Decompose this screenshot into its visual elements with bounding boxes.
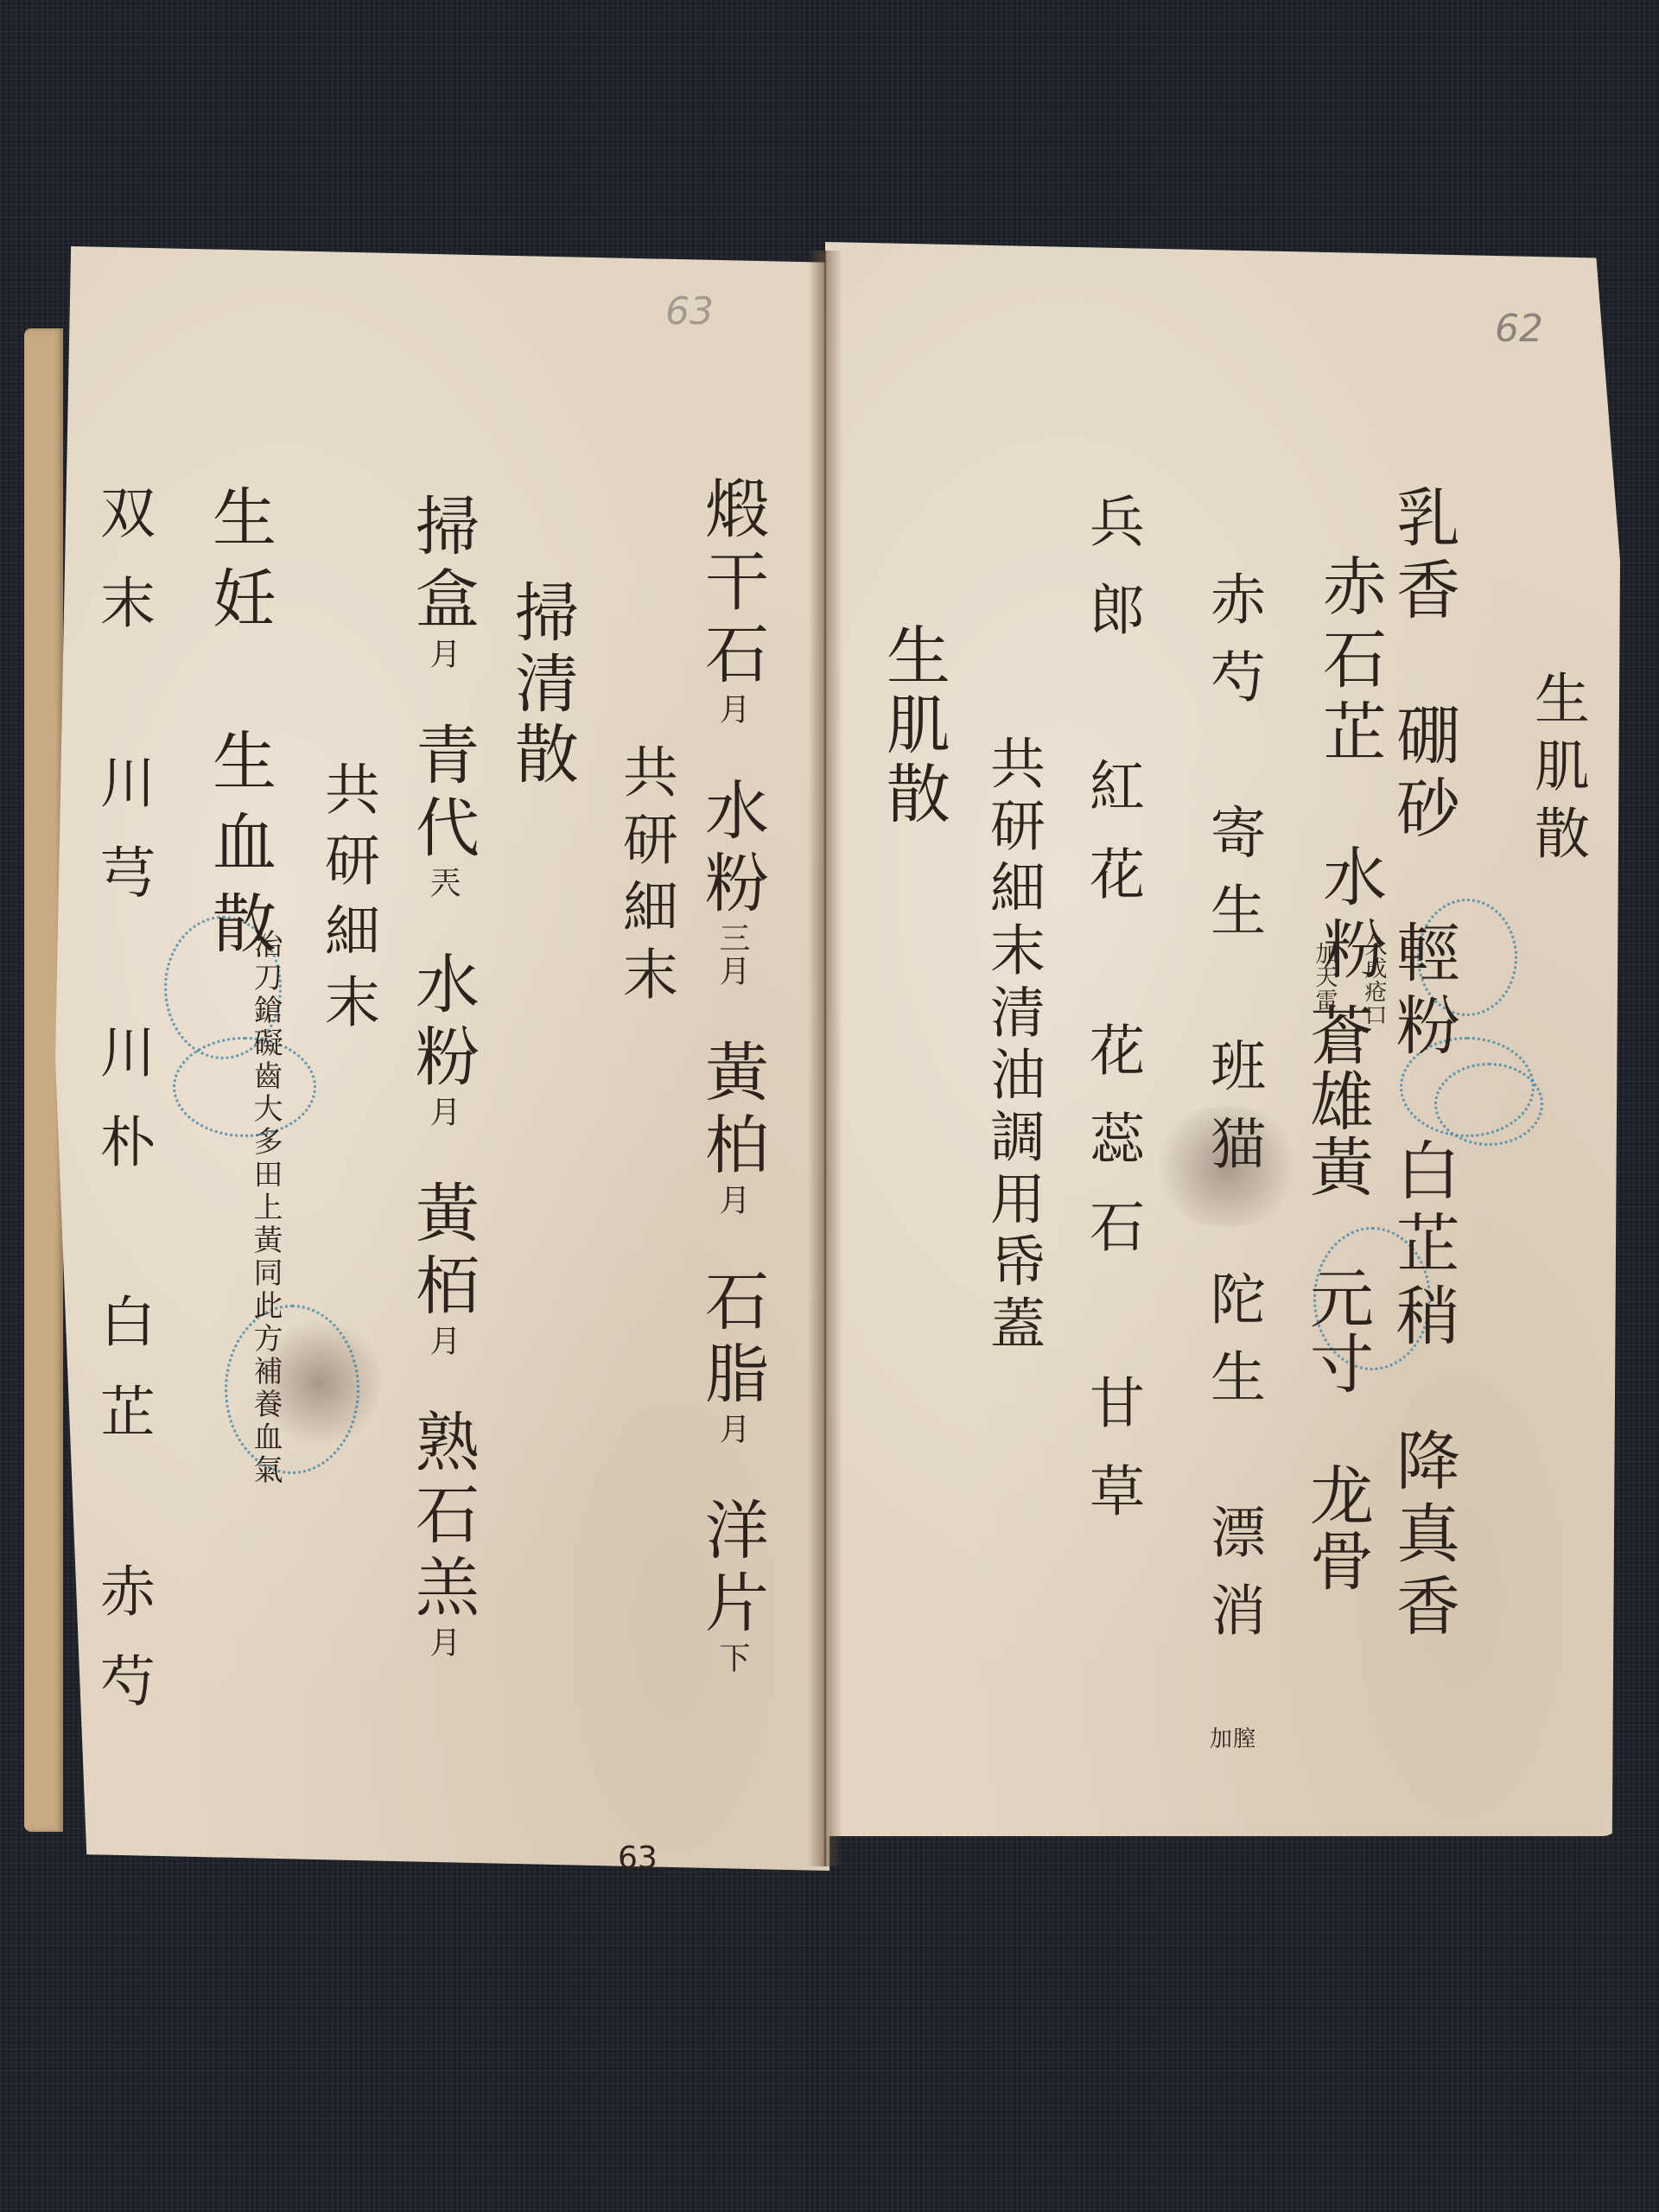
- ingredient: 青代: [405, 721, 480, 867]
- ingredient-column: 煅干石月 水粉三月 黃柏月 石脂月 洋片下: [700, 475, 764, 1675]
- ingredient-column: 双末 川芎 川朴 白芷 赤芍: [95, 484, 150, 1742]
- quantity-mark: 月: [425, 1096, 461, 1128]
- annotation-note: 加天雷: [1313, 942, 1336, 1012]
- quantity-mark: 月: [715, 1184, 750, 1217]
- ingredient-column: 兵郎 紅花 花蕊石 甘草: [1084, 493, 1140, 1550]
- quantity-mark: 下: [715, 1642, 750, 1675]
- ingredient: 掃盒: [405, 493, 480, 638]
- ingredient-column: 乳香 硼砂 輕粉 白芷稍 降真香: [1391, 484, 1455, 1645]
- ingredient: 水粉: [695, 777, 769, 922]
- ingredient: 石脂: [695, 1268, 769, 1413]
- ingredient-column: 赤石芷 水粉: [1318, 553, 1382, 988]
- formula-title-shengxue: 生妊 生血散: [207, 484, 271, 971]
- ink-page-number: 63: [618, 1840, 658, 1876]
- annotation-note: 治刀鎗礙齒大多田上黃同此方補養血氣: [251, 929, 280, 1487]
- pencil-page-number: 62: [1495, 307, 1543, 351]
- quantity-mark: 月: [715, 693, 750, 726]
- pencil-page-number: 63: [665, 289, 714, 334]
- quantity-mark: 月: [425, 1325, 461, 1357]
- formula-title-saoqing: 掃清散: [510, 579, 574, 791]
- quantity-mark: 三月: [715, 922, 750, 988]
- ingredient-column: 掃盒月 青代兲 水粉月 黃栢月 熟石羔月: [410, 493, 474, 1659]
- ingredient-column: 赤芍 寄生 班猫 陀生 漂消: [1205, 570, 1261, 1659]
- quantity-mark: 月: [425, 638, 461, 671]
- ingredient: 洋片: [695, 1497, 769, 1642]
- blue-stamp-loop: [225, 1305, 359, 1474]
- quantity-mark: 月: [715, 1413, 750, 1446]
- quantity-mark: 月: [425, 1626, 461, 1659]
- ingredient: 煅干石: [695, 475, 769, 693]
- ingredient: 黃栢: [405, 1179, 480, 1325]
- ingredient: 熟石羔: [405, 1408, 480, 1626]
- formula-title-shengji: 生肌散: [881, 622, 945, 829]
- formula-title-shengji: 生肌散: [1529, 670, 1585, 872]
- open-booklet: 62 生肌散 乳香 硼砂 輕粉 白芷稍 降真香 赤石芷 水粉 久成疮口 加天雷 …: [0, 0, 1659, 2212]
- annotation-note: 加膣: [1210, 1728, 1256, 1751]
- instruction-column: 共研細末: [618, 743, 673, 1013]
- quantity-mark: 兲: [425, 867, 461, 899]
- ingredient-column: 蒼雄黃 元寸 龙骨: [1305, 1002, 1369, 1593]
- ingredient: 水粉: [405, 950, 480, 1096]
- ingredient: 黃柏: [695, 1039, 769, 1184]
- book-gutter: [808, 251, 842, 1866]
- instruction-column: 共研細末清油調用帋蓋: [985, 734, 1040, 1357]
- blue-stamp-loop: [173, 1037, 316, 1137]
- instruction-column: 共研細末: [320, 760, 375, 1044]
